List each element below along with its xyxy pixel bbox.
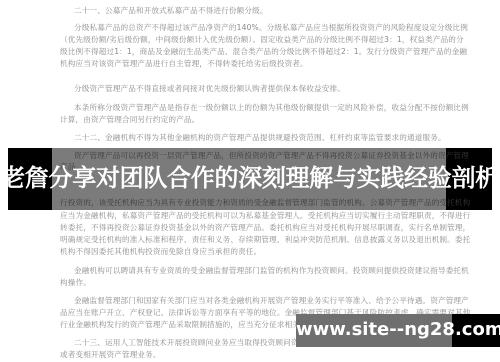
- paragraph-text: 应当为金融机构，私募资产管理产品的受托机构可以为私募基金管理人。受托机构应当切实…: [60, 211, 470, 221]
- paragraph-text: 本条所称分级资产管理产品是指存在一级份额以上的份额为其他级份额提供一定的风险补偿…: [74, 103, 469, 113]
- paragraph-text: 金融机构可以聘请具有专业资质的受金融监督管理部门监管的机构作为投资顾问。投资顾问…: [74, 266, 469, 276]
- paragraph-text: 分级私募产品的总资产不得超过该产品净资产的140%。分级私募产品应当根据所投资资…: [74, 23, 468, 33]
- paragraph-text: 级比例不得超过1：1，商品及金融衍生品类产品、混合类产品的分级比例不得超过2：1…: [60, 47, 467, 57]
- article-21-heading: 二十一、公募产品和开放式私募产品不得进行份额分级。: [74, 6, 268, 16]
- paragraph-text: 转委托，不得再投资公募证券投资基金以外的资产管理产品。委托机构应当对受托机构开展…: [60, 223, 470, 233]
- document-page: 二十一、公募产品和开放式私募产品不得进行份额分级。 分级私募产品的总资产不得超过…: [0, 0, 500, 362]
- paragraph-text: 构操作。: [60, 278, 91, 288]
- article-22-heading: 二十二、金融机构不得为其他金融机构的资产管理产品提供规避投资范围、杠杆约束等监管…: [74, 133, 446, 143]
- paragraph-text: 机构应当对该资产管理产品进行自主管理，不得转委托给劣后级投资者。: [60, 59, 308, 69]
- paragraph-text: 或者变相开展资产管理业务。: [60, 350, 161, 360]
- headline-title: 老詹分享对团队合作的深刻理解与实践经验剖析: [0, 163, 500, 193]
- banner-paragraph-text: 行投资的，该受托机构应当为具有专业投资能力和资质的受金融监督管理部门监管的机构。…: [60, 198, 470, 208]
- watermark-url: www.site--ng28.com: [296, 317, 500, 343]
- paragraph-text: 明确规定受托机构的准入标准和程序、责任和义务、存续期管理、利益冲突防范机制、信息…: [60, 235, 470, 245]
- paragraph-text: 机构不得因委托其他机构投资而免除自身应当承担的责任。: [60, 247, 261, 257]
- paragraph-text: （优先级份额/劣后级份额，中间级份额计入优先级份额）。固定收益类产品的分级比例不…: [60, 35, 464, 45]
- paragraph-text: 计算，由资产管理合同另行约定的产品。: [60, 115, 199, 125]
- paragraph-text: 分级资产管理产品不得直接或者间接对优先级份额认购者提供保本保收益安排。: [74, 84, 345, 94]
- banner-paragraph-text: 资产管理产品可以再投资一层资产管理产品，但所投资的资产管理产品不得再投资公募证券…: [74, 151, 469, 161]
- paragraph-text: 金融监督管理部门和国家有关部门应当对各类金融机构开展资产管理业务实行平等准入、给…: [74, 296, 469, 306]
